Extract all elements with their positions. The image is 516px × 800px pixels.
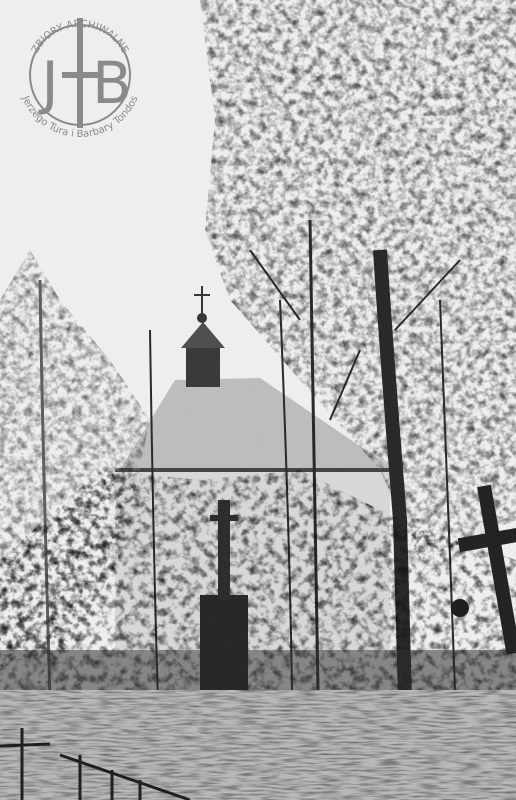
- watermark-letter-b: B: [92, 49, 132, 117]
- archive-watermark-logo: ZBIORY ARCHIWALNE Jerzego Tura i Barbary…: [10, 8, 150, 143]
- watermark-letter-j: J: [38, 49, 58, 117]
